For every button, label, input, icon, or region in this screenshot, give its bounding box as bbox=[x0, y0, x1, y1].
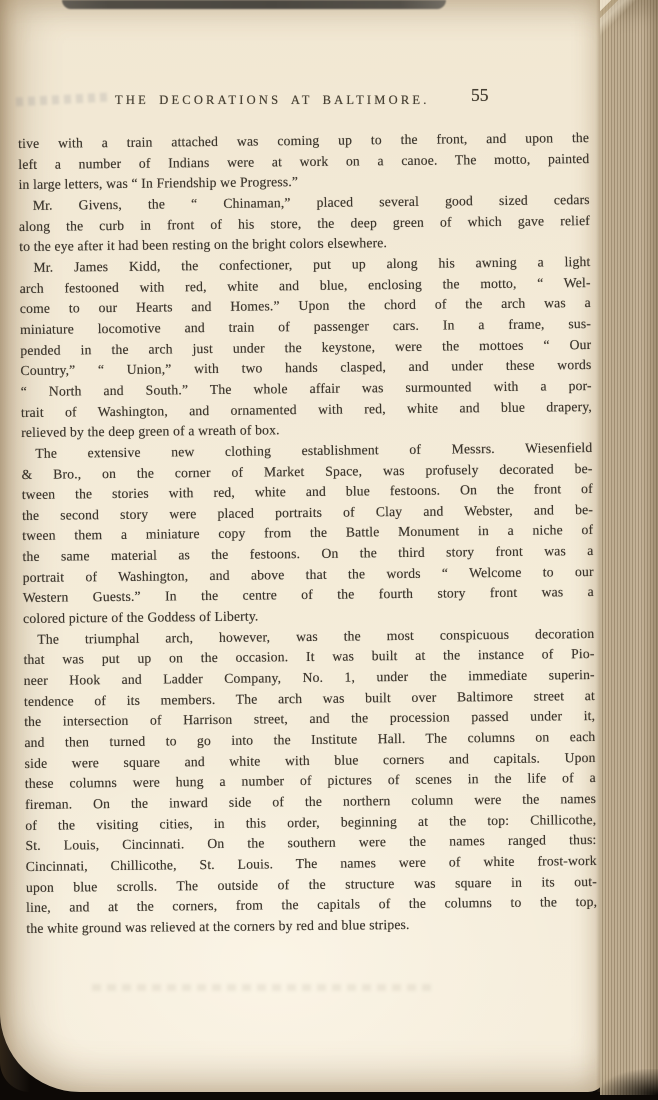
paragraph: Mr. Givens, the “ Chinaman,” placed seve… bbox=[19, 190, 591, 258]
scanned-book-photo: { "header": { "title": "THE DECORATIONS … bbox=[0, 0, 658, 1100]
page-edge-stack bbox=[600, 0, 658, 1095]
book-page: THE DECORATIONS AT BALTIMORE. 55 tive wi… bbox=[0, 0, 606, 1092]
paragraph: tive with a train attached was coming up… bbox=[18, 128, 590, 196]
paragraph: The triumphal arch, however, was the mos… bbox=[23, 624, 597, 940]
page-corner-edges bbox=[600, 0, 658, 46]
paragraph: The extensive new clothing establishment… bbox=[21, 438, 594, 630]
paragraph: Mr. James Kidd, the confectioner, put up… bbox=[19, 252, 592, 444]
running-title: THE DECORATIONS AT BALTIMORE. bbox=[115, 93, 430, 108]
text-block: tive with a train attached was coming up… bbox=[18, 128, 597, 940]
corner-shadow bbox=[600, 1069, 658, 1095]
scanner-shadow-top bbox=[62, 0, 446, 9]
ink-bleedthrough-line bbox=[92, 984, 432, 991]
page-number: 55 bbox=[471, 85, 489, 106]
page-header: THE DECORATIONS AT BALTIMORE. 55 bbox=[18, 88, 590, 112]
